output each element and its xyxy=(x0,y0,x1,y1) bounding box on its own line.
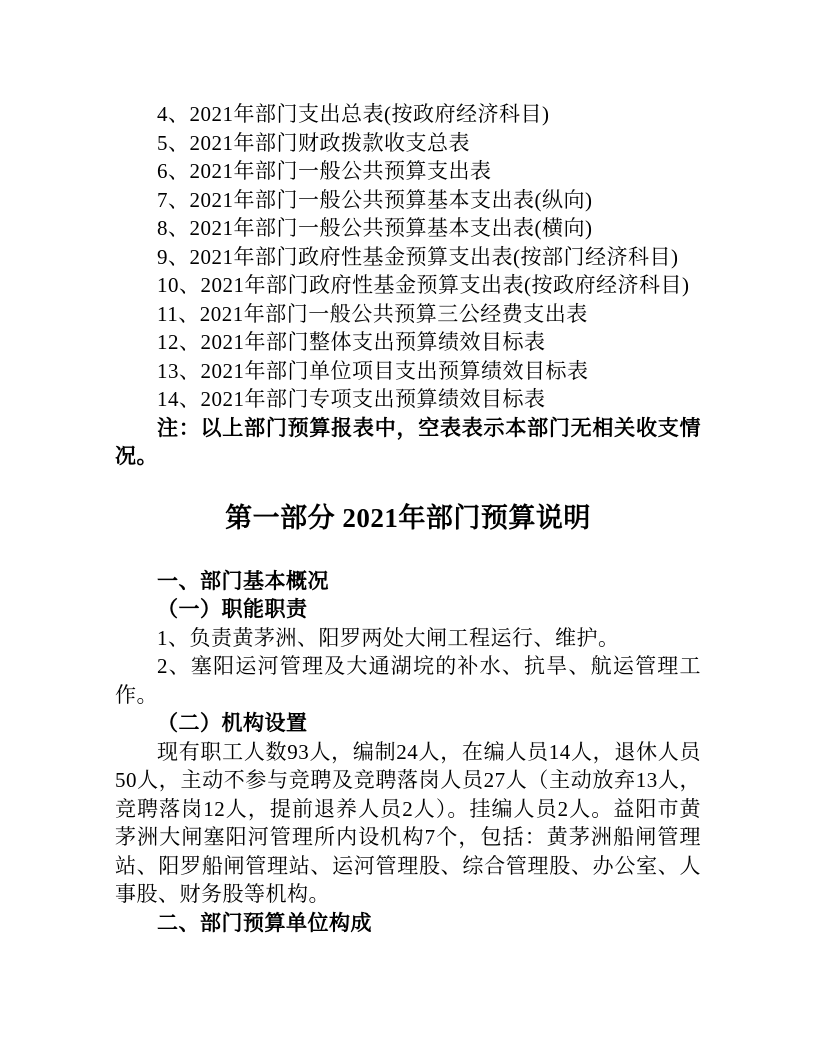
table-list-item-9: 9、2021年部门政府性基金预算支出表(按部门经济科目) xyxy=(115,243,701,272)
document-page: 4、2021年部门支出总表(按政府经济科目) 5、2021年部门财政拨款收支总表… xyxy=(0,0,815,1055)
part1-heading: 第一部分 2021年部门预算说明 xyxy=(115,496,701,540)
section1-2-title: （二）机构设置 xyxy=(115,709,701,738)
table-list-item-13: 13、2021年部门单位项目支出预算绩效目标表 xyxy=(115,357,701,386)
table-list-item-6: 6、2021年部门一般公共预算支出表 xyxy=(115,157,701,186)
section1-title: 一、部门基本概况 xyxy=(115,567,701,596)
empty-table-note: 注：以上部门预算报表中，空表表示本部门无相关收支情况。 xyxy=(115,414,701,471)
table-list-item-14: 14、2021年部门专项支出预算绩效目标表 xyxy=(115,385,701,414)
table-list-item-5: 5、2021年部门财政拨款收支总表 xyxy=(115,129,701,158)
table-list-item-11: 11、2021年部门一般公共预算三公经费支出表 xyxy=(115,300,701,329)
section1-1-paragraph-1: 1、负责黄茅洲、阳罗两处大闸工程运行、维护。 xyxy=(115,624,701,653)
table-list-item-7: 7、2021年部门一般公共预算基本支出表(纵向) xyxy=(115,186,701,215)
section1-2-paragraph-1: 现有职工人数93人，编制24人，在编人员14人，退休人员50人，主动不参与竞聘及… xyxy=(115,738,701,909)
table-list-item-4: 4、2021年部门支出总表(按政府经济科目) xyxy=(115,100,701,129)
section2-title: 二、部门预算单位构成 xyxy=(115,909,701,938)
table-list-item-12: 12、2021年部门整体支出预算绩效目标表 xyxy=(115,328,701,357)
document-body: 4、2021年部门支出总表(按政府经济科目) 5、2021年部门财政拨款收支总表… xyxy=(115,100,701,937)
section1-1-title: （一）职能职责 xyxy=(115,595,701,624)
section1-1-paragraph-2: 2、塞阳运河管理及大通湖垸的补水、抗旱、航运管理工作。 xyxy=(115,652,701,709)
table-list-item-8: 8、2021年部门一般公共预算基本支出表(横向) xyxy=(115,214,701,243)
table-list-item-10: 10、2021年部门政府性基金预算支出表(按政府经济科目) xyxy=(115,271,701,300)
